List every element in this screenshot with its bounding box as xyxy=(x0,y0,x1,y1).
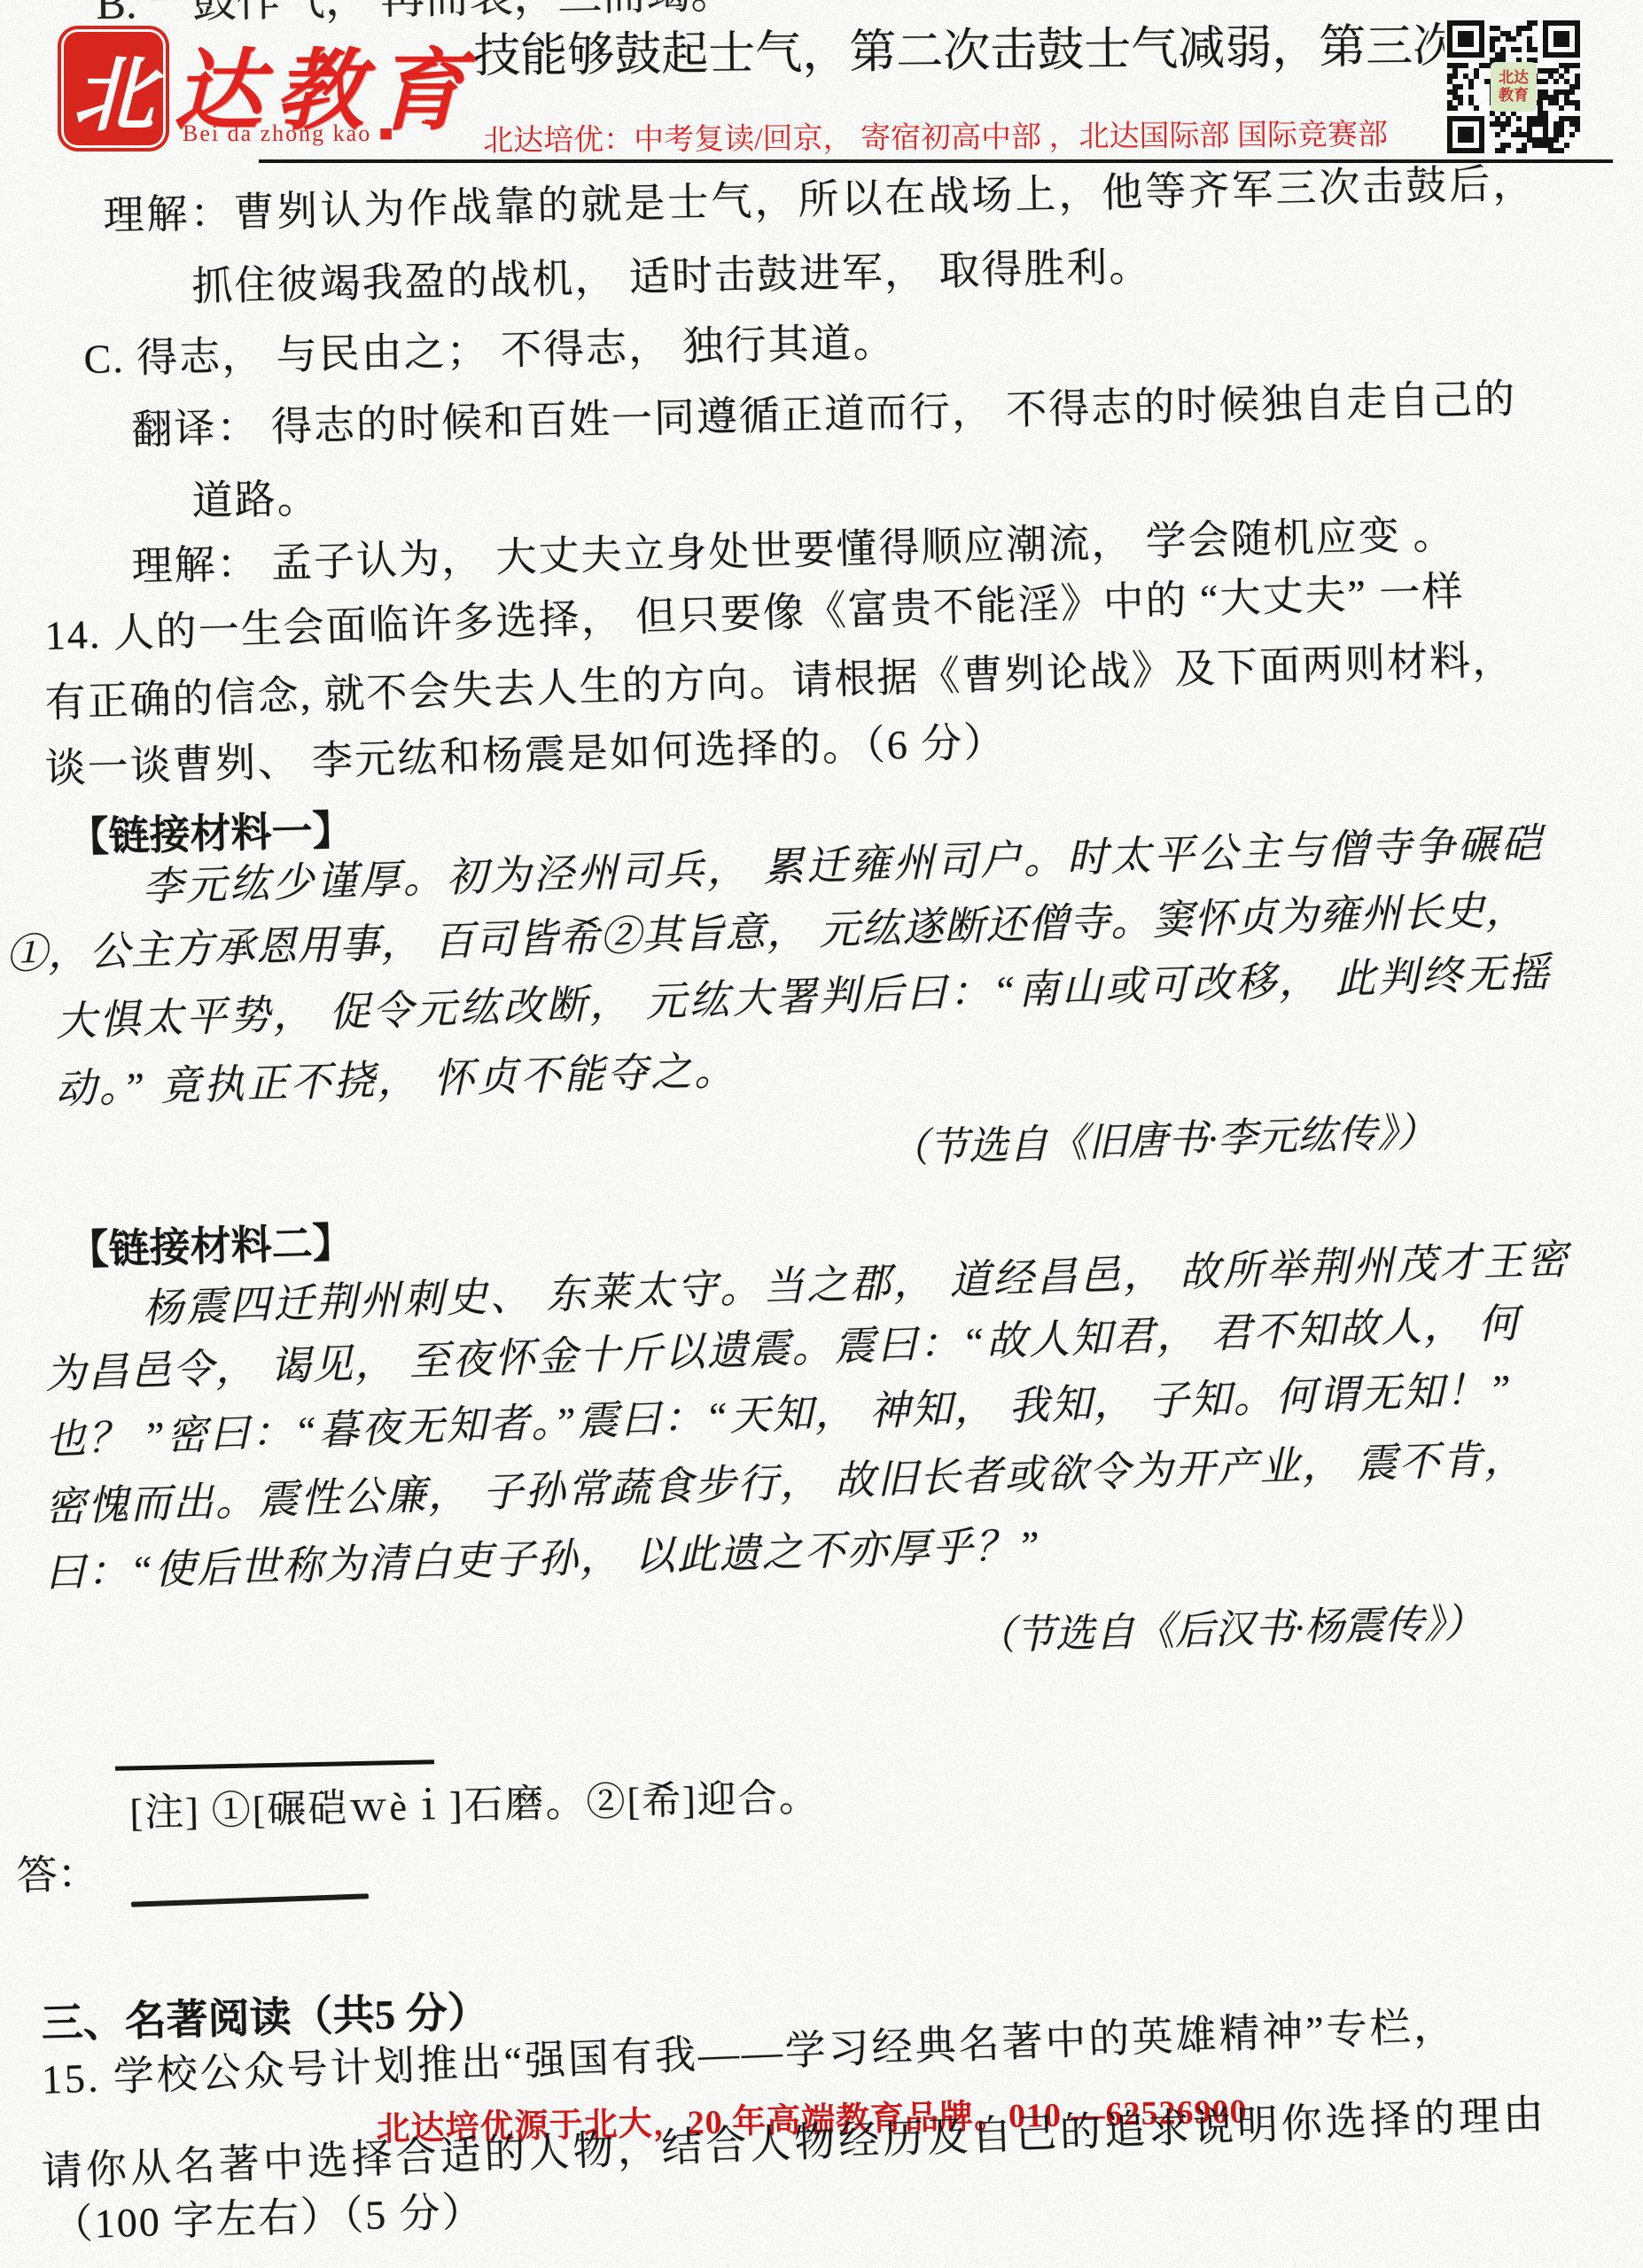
answer-label: 答： xyxy=(16,1851,99,1900)
translation-line1: 翻译： 得志的时候和百姓一同遵循正道而行， 不得志的时候独自走自己的 xyxy=(131,377,1517,454)
material1-heading: 【链接材料一】 xyxy=(67,808,354,862)
question14-line3: 谈一谈曹刿、 李元纮和杨震是如何选择的。（6 分） xyxy=(44,719,1007,793)
red-banner-text: 北达培优：中考复读/回京， 寄宿初高中部 ，北达国际部 国际竞赛部 xyxy=(483,118,1388,159)
material1-line4: 动。” 竟执正不挠， 怀贞不能夺之。 xyxy=(55,1048,738,1114)
beida-seal-logo: 北 xyxy=(64,32,163,145)
material2-source: （节选自《后汉书·杨震传》） xyxy=(975,1601,1484,1660)
material1-source: （节选自《旧唐书·李元纮传》） xyxy=(888,1110,1437,1173)
material2-heading: 【链接材料二】 xyxy=(67,1220,354,1275)
translation-line2: 道路。 xyxy=(191,476,320,525)
header-rule xyxy=(259,159,1613,163)
note-line: [注] ①[碾硙ｗèｉ]石磨。②[希]迎合。 xyxy=(129,1775,820,1836)
seal-character: 北 xyxy=(73,30,154,147)
qr-code: 北达 教育 xyxy=(1444,18,1583,156)
qr-badge-line1: 北达 xyxy=(1499,69,1529,87)
brand-latin-caption: Bei da zhong kao ■ xyxy=(183,120,394,147)
header-answer-text: 技能够鼓起士气，第二次击鼓士气减弱，第三次击 xyxy=(473,19,1507,84)
understanding1-line2: 抓住彼竭我盈的战机， 适时击鼓进军， 取得胜利。 xyxy=(191,244,1152,311)
answer-blank-underline xyxy=(131,1893,369,1907)
qr-center-badge: 北达 教育 xyxy=(1491,62,1537,112)
material2-line5: 曰：“使后世称为清白吏子孙， 以此遗之不亦厚乎？” xyxy=(44,1523,1042,1597)
understanding1-line1: 理解：曹刿认为作战靠的就是士气，所以在战场上，他等齐军三次击鼓后， xyxy=(103,160,1537,240)
section3-heading: 三、名著阅读（共5 分） xyxy=(41,1989,489,2048)
option-c-line: C. 得志， 与民由之； 不得志， 独行其道。 xyxy=(83,320,896,384)
scanned-exam-page: B. 一鼓作气， 再而衰，三而竭。 北 达教育 Bei da zhong kao… xyxy=(0,0,1643,2268)
note-separator-line xyxy=(115,1759,434,1771)
question15-line3: （100 字左右）（5 分） xyxy=(51,2189,485,2249)
qr-badge-line2: 教育 xyxy=(1499,87,1529,105)
